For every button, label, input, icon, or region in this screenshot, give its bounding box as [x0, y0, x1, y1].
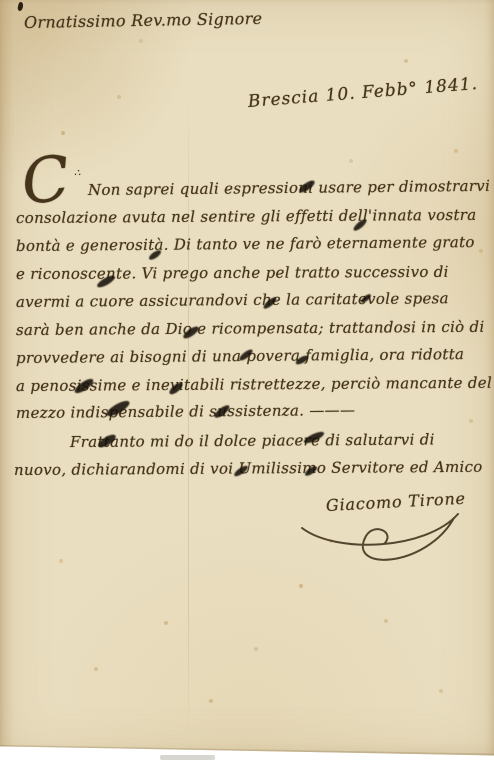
letter-line: bontà e generosità. Di tanto ve ne farò …	[16, 233, 475, 255]
letter-line: consolazione avuta nel sentire gli effet…	[16, 206, 477, 227]
paper-speckles	[0, 0, 2, 2]
ink-blot	[17, 2, 24, 12]
letter-dateline: Brescia 10. Febb° 1841.	[247, 74, 478, 112]
letter-greeting: Ornatissimo Rev.mo Signore	[24, 9, 263, 32]
letter-line: nuovo, dichiarandomi di voi Umilissimo S…	[14, 458, 483, 479]
letter-paper: Ornatissimo Rev.mo Signore Brescia 10. F…	[0, 0, 494, 760]
letter-line: Frattanto mi do il dolce piacere di salu…	[70, 430, 435, 451]
letter-line: Non saprei quali espressioni usare per d…	[88, 177, 494, 199]
letter-line: sarà ben anche da Dio e ricompensata; tr…	[16, 318, 485, 339]
letter-line: avermi a cuore assicurandovi che la cari…	[16, 289, 449, 311]
paper-bottom-edge	[0, 745, 494, 756]
decorative-initial: C	[19, 147, 73, 214]
scanner-smudge	[160, 755, 215, 760]
letter-line: e riconoscente. Vi prego anche pel tratt…	[16, 263, 449, 283]
scanned-letter: Ornatissimo Rev.mo Signore Brescia 10. F…	[0, 0, 494, 760]
initial-dots: ∴	[74, 168, 81, 179]
signature-flourish	[296, 506, 476, 576]
letter-line: mezzo indispensabile di sussistenza. ———	[16, 401, 355, 422]
